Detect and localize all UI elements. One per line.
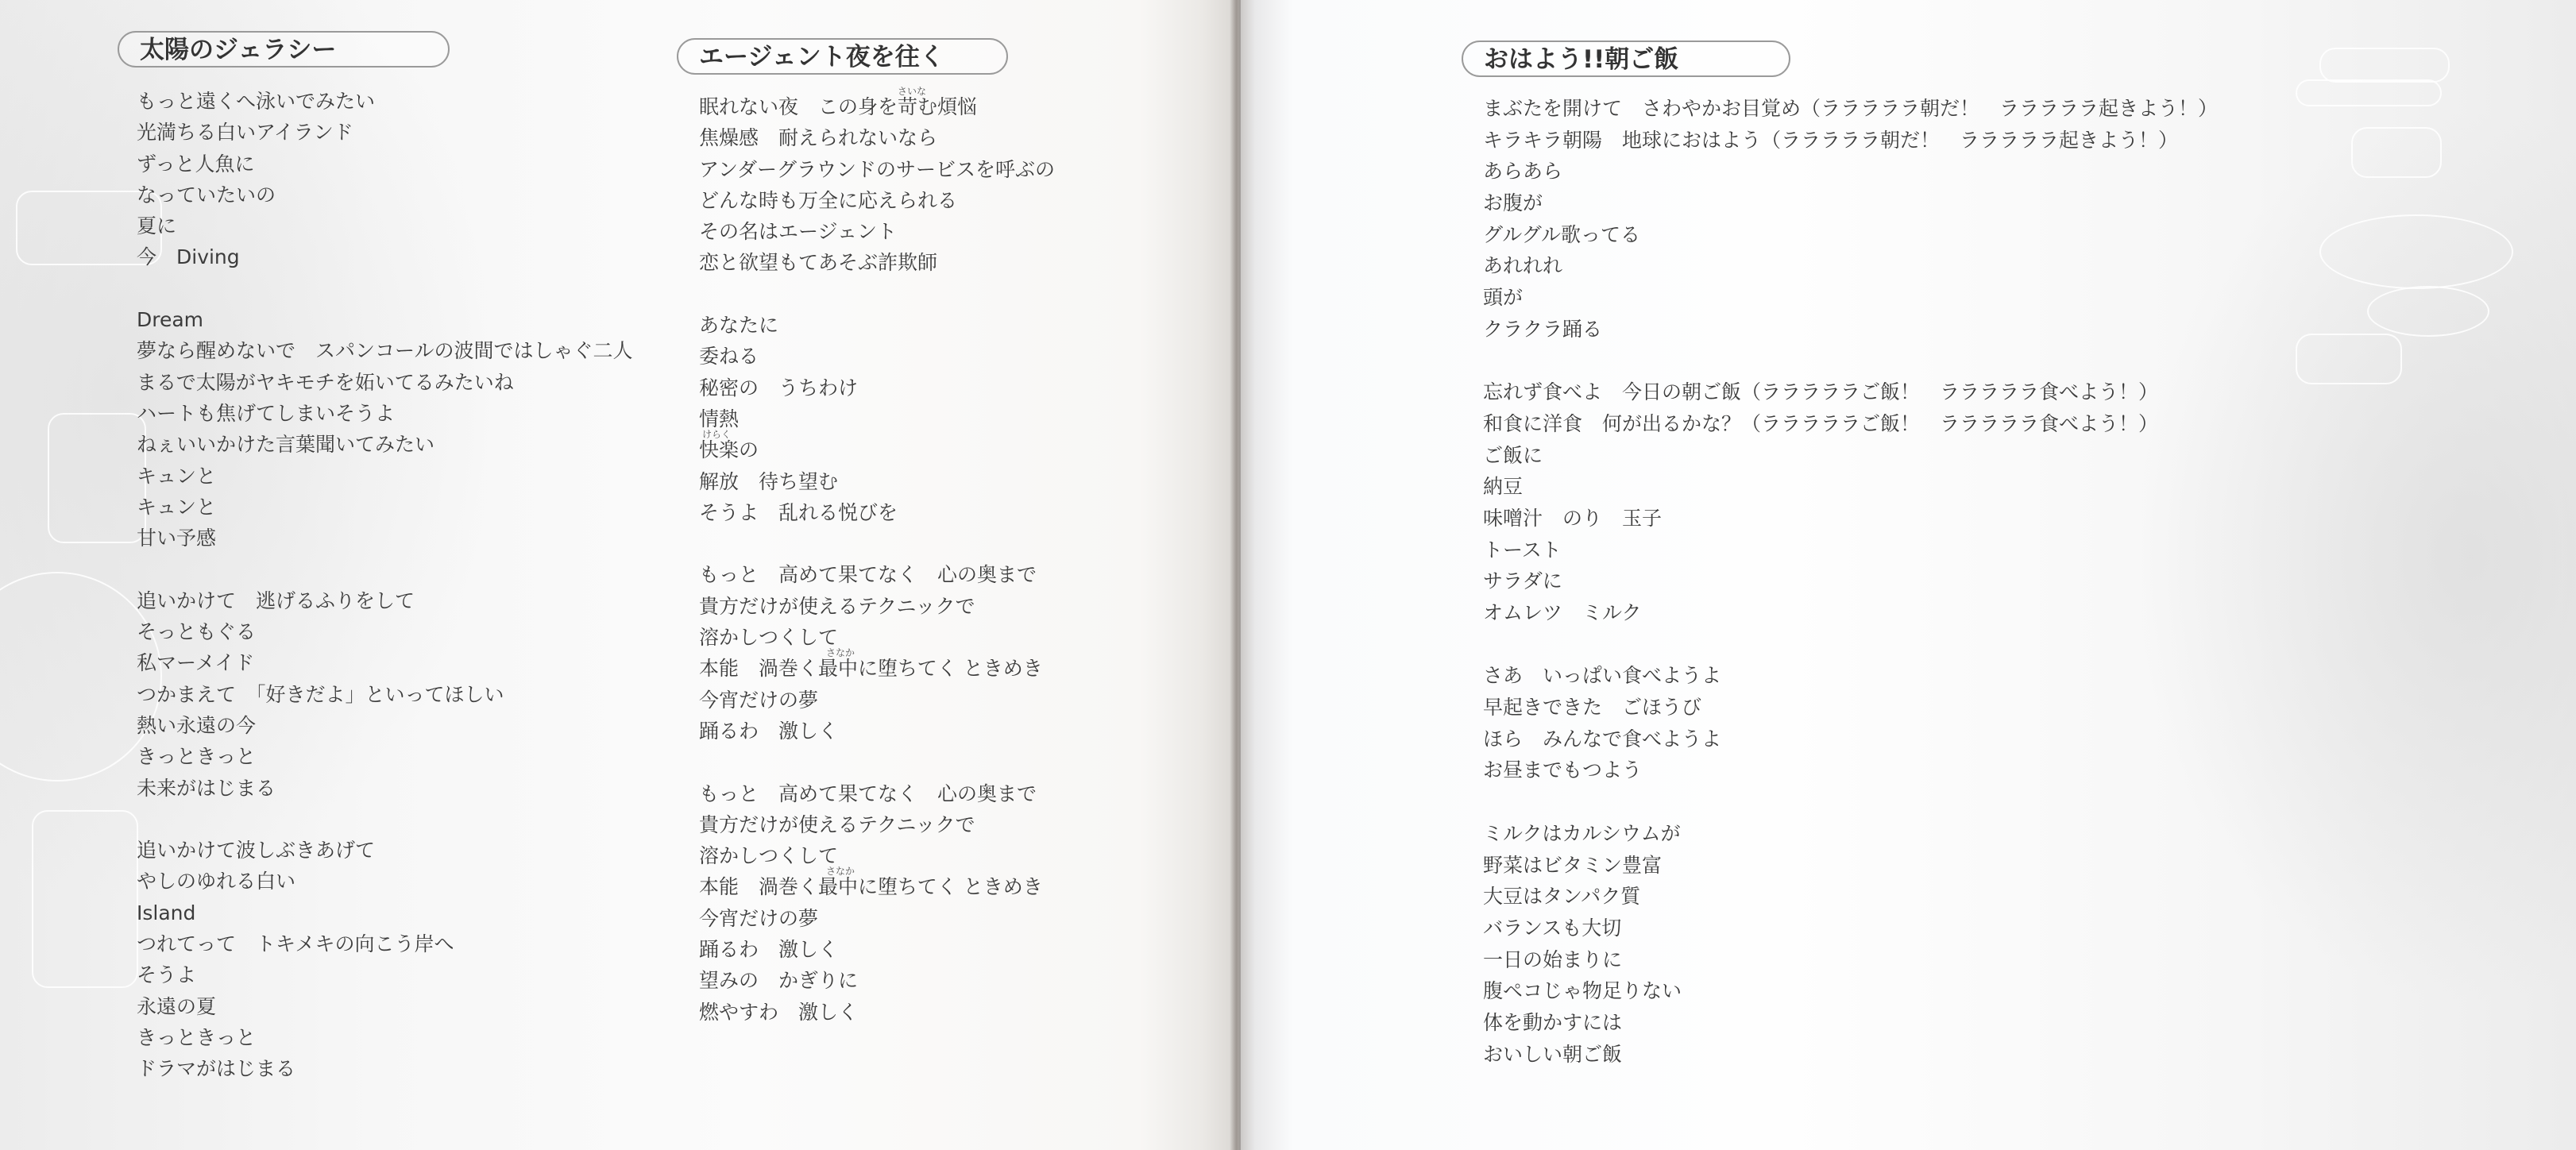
lyric-line: 夢なら醒めないで スパンコールの波間ではしゃぐ二人: [137, 335, 633, 366]
lyric-line: 一日の始まりに: [1483, 944, 2218, 976]
song-title: エージェント夜を往く: [699, 41, 944, 73]
lyric-line: キュンと: [137, 492, 633, 523]
lyric-line: 燃やすわ 激しく: [699, 997, 1055, 1028]
lyric-text: 本能 渦巻く最中に堕ちてく ときめき: [699, 875, 1043, 898]
lyric-line: まぶたを開けて さわやかお目覚め（ラララララ朝だ！ ラララララ起きよう！）: [1483, 93, 2218, 125]
decoration: [2319, 214, 2513, 289]
lyric-line: 光満ちる白いアイランド: [137, 117, 633, 148]
lyric-line: なっていたいの: [137, 179, 633, 210]
lyric-text: 快楽の: [699, 438, 759, 461]
lyric-line: さあ いっぱい食べようよ: [1483, 660, 2218, 692]
lyrics-song-3: まぶたを開けて さわやかお目覚め（ラララララ朝だ！ ラララララ起きよう！） キラ…: [1483, 93, 2218, 1070]
lyrics-song-2: 眠れない夜 この身を苛む煩悩さいな 焦燥感 耐えられないなら アンダーグラウンド…: [699, 91, 1055, 1028]
lyric-line: 納豆: [1483, 471, 2218, 503]
lyric-line: Dream: [137, 304, 633, 335]
lyric-line: どんな時も万全に応えられる: [699, 185, 1055, 216]
lyric-line: 焦燥感 耐えられないなら: [699, 122, 1055, 153]
stanza-break: [137, 273, 633, 304]
lyric-line: つれてって トキメキの向こう岸へ: [137, 928, 633, 959]
lyric-line: ドラマがはじまる: [137, 1053, 633, 1084]
lyric-line: きっときっと: [137, 1022, 633, 1053]
lyric-text: 眠れない夜 この身を苛む煩悩: [699, 95, 977, 118]
ruby-annotation: さなか: [826, 648, 855, 658]
lyric-line: おいしい朝ご飯: [1483, 1039, 2218, 1071]
song-title-pill: おはよう!!朝ご飯: [1462, 41, 1790, 77]
lyric-line: ずっと人魚に: [137, 149, 633, 179]
lyric-line: 野菜はビタミン豊富: [1483, 850, 2218, 882]
lyric-line: 恋と欲望もてあそぶ詐欺師: [699, 247, 1055, 278]
lyric-line: 情熱: [699, 403, 1055, 434]
lyric-line: 忘れず食べよ 今日の朝ご飯（ラララララご飯！ ラララララ食べよう！）: [1483, 376, 2218, 408]
lyric-line: 踊るわ 激しく: [699, 934, 1055, 965]
decoration: [2367, 286, 2489, 337]
lyric-line: 甘い予感: [137, 523, 633, 554]
lyric-line: 追いかけて 逃げるふりをして: [137, 585, 633, 616]
lyric-line: 溶かしつくして: [699, 840, 1055, 871]
lyric-line: 望みの かぎりに: [699, 965, 1055, 996]
lyric-line: 今宵だけの夢: [699, 685, 1055, 716]
lyric-line: 大豆はタンパク質: [1483, 881, 2218, 913]
lyric-line: 今 Diving: [137, 241, 633, 272]
lyric-line: 本能 渦巻く最中に堕ちてく ときめきさなか: [699, 871, 1055, 902]
stanza-break: [1483, 345, 2218, 377]
lyric-line: ほら みんなで食べようよ: [1483, 724, 2218, 755]
lyric-line: 早起きできた ごほうび: [1483, 692, 2218, 724]
lyric-line: キラキラ朝陽 地球におはよう（ラララララ朝だ！ ラララララ起きよう！）: [1483, 125, 2218, 156]
lyric-line: 本能 渦巻く最中に堕ちてく ときめきさなか: [699, 653, 1055, 684]
lyric-line: 和食に洋食 何が出るかな？（ラララララご飯！ ラララララ食べよう！）: [1483, 408, 2218, 440]
lyric-line: 委ねる: [699, 341, 1055, 372]
lyric-line: ミルクはカルシウムが: [1483, 818, 2218, 850]
lyric-line: 解放 待ち望む: [699, 466, 1055, 497]
stanza-break: [699, 279, 1055, 310]
song-title-pill: エージェント夜を往く: [677, 38, 1008, 75]
lyric-line: そうよ: [137, 959, 633, 990]
lyric-line: つかまえて 「好きだよ」といってほしい: [137, 679, 633, 710]
lyric-line: 今宵だけの夢: [699, 903, 1055, 934]
ruby-annotation: けらく: [702, 430, 731, 439]
lyric-line: やしのゆれる白い: [137, 866, 633, 897]
lyric-line: 腹ペコじゃ物足りない: [1483, 975, 2218, 1007]
stanza-break: [699, 528, 1055, 559]
lyric-line: もっと 高めて果てなく 心の奥まで: [699, 778, 1055, 809]
ruby-annotation: さいな: [898, 87, 926, 96]
lyric-line: ハートも焦げてしまいそうよ: [137, 398, 633, 429]
lyric-line: 貴方だけが使えるテクニックで: [699, 809, 1055, 840]
lyric-line: アンダーグラウンドのサービスを呼ぶの: [699, 154, 1055, 185]
booklet-fold: [1230, 0, 1241, 1150]
lyric-line: 味噌汁 のり 玉子: [1483, 503, 2218, 534]
lyric-line: 貴方だけが使えるテクニックで: [699, 591, 1055, 622]
lyric-line: グルグル歌ってる: [1483, 219, 2218, 251]
lyric-line: キュンと: [137, 461, 633, 492]
lyric-line: あれれれ: [1483, 250, 2218, 282]
decoration: [32, 810, 138, 988]
right-page: おはよう!!朝ご飯 まぶたを開けて さわやかお目覚め（ラララララ朝だ！ ララララ…: [1239, 0, 2576, 1150]
lyric-line: 夏に: [137, 210, 633, 241]
lyric-line: そっともぐる: [137, 616, 633, 647]
stanza-break: [1483, 629, 2218, 661]
ruby-annotation: さなか: [826, 866, 855, 876]
lyric-line: 私マーメイド: [137, 647, 633, 678]
stanza-break: [137, 804, 633, 835]
lyric-line: 体を動かすには: [1483, 1007, 2218, 1039]
song-title-pill: 太陽のジェラシー: [118, 31, 450, 68]
lyric-line: オムレツ ミルク: [1483, 597, 2218, 629]
lyric-line: 追いかけて波しぶきあげて: [137, 835, 633, 866]
lyric-line: お腹が: [1483, 187, 2218, 219]
decoration: [2351, 127, 2442, 178]
lyric-line: その名はエージェント: [699, 216, 1055, 247]
lyric-line: クラクラ踊る: [1483, 314, 2218, 345]
lyric-line: もっと 高めて果てなく 心の奥まで: [699, 559, 1055, 590]
lyric-line: 踊るわ 激しく: [699, 716, 1055, 747]
lyric-line: きっときっと: [137, 741, 633, 772]
lyric-line: 未来がはじまる: [137, 773, 633, 804]
song-title: おはよう!!朝ご飯: [1484, 44, 1678, 75]
lyric-text: 本能 渦巻く最中に堕ちてく ときめき: [699, 657, 1043, 680]
lyric-line: Island: [137, 897, 633, 928]
lyric-line: ねぇいいかけた言葉聞いてみたい: [137, 429, 633, 460]
lyric-line: 永遠の夏: [137, 991, 633, 1022]
stanza-break: [1483, 786, 2218, 818]
lyric-line: 眠れない夜 この身を苛む煩悩さいな: [699, 91, 1055, 122]
lyric-line: 快楽のけらく: [699, 434, 1055, 465]
lyric-line: あらあら: [1483, 156, 2218, 187]
lyric-line: あなたに: [699, 310, 1055, 341]
lyric-line: 秘密の うちわけ: [699, 372, 1055, 403]
lyric-line: そうよ 乱れる悦びを: [699, 497, 1055, 528]
lyric-line: 溶かしつくして: [699, 622, 1055, 653]
lyric-line: お昼までもつよう: [1483, 754, 2218, 786]
decoration: [2296, 79, 2442, 106]
lyrics-song-1: もっと遠くへ泳いでみたい 光満ちる白いアイランド ずっと人魚に なっていたいの …: [137, 86, 633, 1085]
lyric-line: バランスも大切: [1483, 913, 2218, 944]
decoration: [48, 413, 146, 543]
lyric-line: 熱い永遠の今: [137, 710, 633, 741]
lyric-line: 頭が: [1483, 282, 2218, 314]
lyric-line: まるで太陽がヤキモチを妬いてるみたいね: [137, 367, 633, 398]
lyric-line: ご飯に: [1483, 440, 2218, 472]
stanza-break: [699, 747, 1055, 778]
song-title: 太陽のジェラシー: [140, 34, 336, 66]
lyric-line: トースト: [1483, 534, 2218, 566]
stanza-break: [137, 554, 633, 585]
decoration: [2319, 48, 2450, 83]
lyric-line: サラダに: [1483, 565, 2218, 597]
decoration: [2296, 334, 2402, 384]
lyric-line: もっと遠くへ泳いでみたい: [137, 86, 633, 117]
left-page: 太陽のジェラシー もっと遠くへ泳いでみたい 光満ちる白いアイランド ずっと人魚に…: [0, 0, 1239, 1150]
